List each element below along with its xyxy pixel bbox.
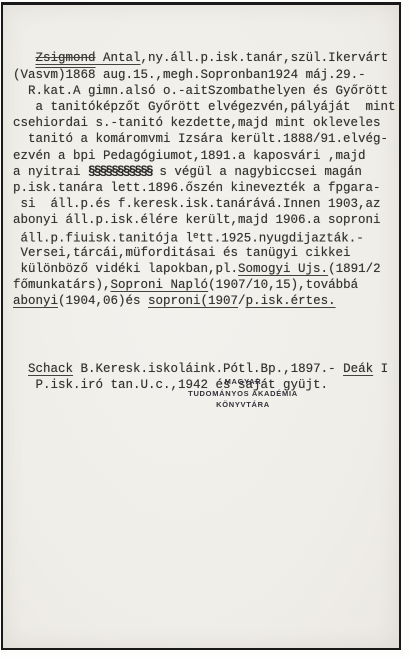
text-line: R.kat.A gimn.alsó o.-aitSzombathelyen és… [13, 83, 396, 99]
text-segment-u: Schack [28, 362, 73, 376]
text-segment: / [238, 294, 246, 308]
text-line: áll.p.fiuisk.tanitója lett.1925.nyugdija… [13, 228, 396, 244]
text-segment-u: p.isk.értes. [246, 294, 336, 308]
text-line: a tanitóképzőt Győrött elvégezvén,pályáj… [13, 99, 396, 115]
text-segment-su: Zsigmond [36, 51, 96, 65]
text-line: csehiordai s.-tanitó kezdette,majd mint … [13, 115, 396, 131]
text-segment: B.Keresk.iskoláink.Pótl.Bp.,1897.- [73, 362, 343, 376]
text-line: p.isk.tanára lett.1896.őszén kinevezték … [13, 180, 396, 196]
text-segment-u: Deák [343, 362, 373, 376]
biography-block: Zsigmond Antal,ny.áll.p.isk.tanár,szül.I… [13, 50, 396, 309]
text-segment: a nyitrai [13, 165, 88, 179]
text-segment-u: Antal [96, 51, 141, 65]
text-line: abonyi áll.p.isk.élére került,majd 1906.… [13, 212, 396, 228]
text-segment: áll.p.fiuisk.tanitója l [13, 232, 193, 246]
text-segment-u: Somogyi Ujs. [238, 262, 328, 276]
text-segment: ezvén a bpi Pedagógiumot,1891.a kaposvár… [13, 149, 366, 163]
library-stamp: MAGYAR TUDOMÁNYOS AKADÉMIA KÖNYVTÁRA [151, 376, 335, 411]
stamp-line: TUDOMÁNYOS AKADÉMIA [151, 388, 335, 400]
text-segment: R.kat.A gimn.alsó o.-aitSzombathelyen és… [13, 84, 388, 98]
text-line: Versei,tárcái,müforditásai és tanügyi ci… [13, 245, 396, 261]
text-segment: (1907/10,15),továbbá [208, 278, 358, 292]
text-line: különböző vidéki lapokban,pl.Somogyi Ujs… [13, 261, 396, 277]
text-segment: aug.15.,megh.Sopronban1924 máj.29.- [96, 68, 366, 82]
text-line: a nyitrai §§§§§§§§§§§ s végül a nagybicc… [13, 164, 396, 180]
text-segment: s végül a nagybiccsei magán [152, 165, 362, 179]
text-segment: I [373, 362, 388, 376]
text-segment [13, 51, 36, 65]
text-line: ezvén a bpi Pedagógiumot,1891.a kaposvár… [13, 148, 396, 164]
text-segment: főmunkatárs), [13, 278, 111, 292]
text-segment: (Va [13, 68, 36, 82]
text-segment: a tanitóképzőt Győrött elvégezvén,pályáj… [13, 100, 396, 114]
text-segment-o: svm)1868 [36, 68, 96, 82]
text-segment: si áll.p.és f.keresk.isk.tanárává.Innen … [13, 197, 381, 211]
text-segment: abonyi áll.p.isk.élére került,majd 1906.… [13, 213, 381, 227]
text-segment: (1904,06)és [58, 294, 148, 308]
text-line: tanitó a komáromvmi Izsára került.1888/9… [13, 131, 396, 147]
typed-text: Zsigmond Antal,ny.áll.p.isk.tanár,szül.I… [13, 18, 396, 426]
stamp-line: MAGYAR [151, 376, 335, 388]
text-line: főmunkatárs),Soproni Napló(1907/10,15),t… [13, 277, 396, 293]
text-segment: különböző vidéki lapokban,pl. [13, 262, 238, 276]
text-segment-u: soproni(1907 [148, 294, 238, 308]
text-segment: tanitó a komáromvmi Izsára került.1888/9… [13, 132, 388, 146]
text-segment: csehiordai s.-tanitó kezdette,majd mint … [13, 116, 381, 130]
text-line: Zsigmond Antal,ny.áll.p.isk.tanár,szül.I… [13, 50, 396, 66]
text-segment-u: abonyi [13, 294, 58, 308]
text-segment: Versei,tárcái,müforditásai és tanügyi ci… [13, 246, 351, 260]
text-line: si áll.p.és f.keresk.isk.tanárává.Innen … [13, 196, 396, 212]
text-segment: p.isk.tanára lett.1896.őszén kinevezték … [13, 181, 381, 195]
text-line: (Vasvm)1868 aug.15.,megh.Sopronban1924 m… [13, 67, 396, 83]
text-segment: (1891/2 [328, 262, 381, 276]
stamp-line: KÖNYVTÁRA [151, 399, 335, 411]
text-segment: ,ny.áll.p.isk.tanár,szül.Ikervárt [141, 51, 389, 65]
catalog-card: Zsigmond Antal,ny.áll.p.isk.tanár,szül.I… [1, 2, 401, 650]
text-line: abonyi(1904,06)és soproni(1907/p.isk.ért… [13, 293, 396, 309]
text-segment [13, 362, 28, 376]
text-segment-blot: §§§§§§§§§§§ [88, 165, 152, 179]
text-line: Schack B.Keresk.iskoláink.Pótl.Bp.,1897.… [13, 361, 396, 377]
text-segment: tt.1925.nyugdijazták.- [199, 232, 364, 246]
text-segment-u: Soproni Napló [111, 278, 209, 292]
